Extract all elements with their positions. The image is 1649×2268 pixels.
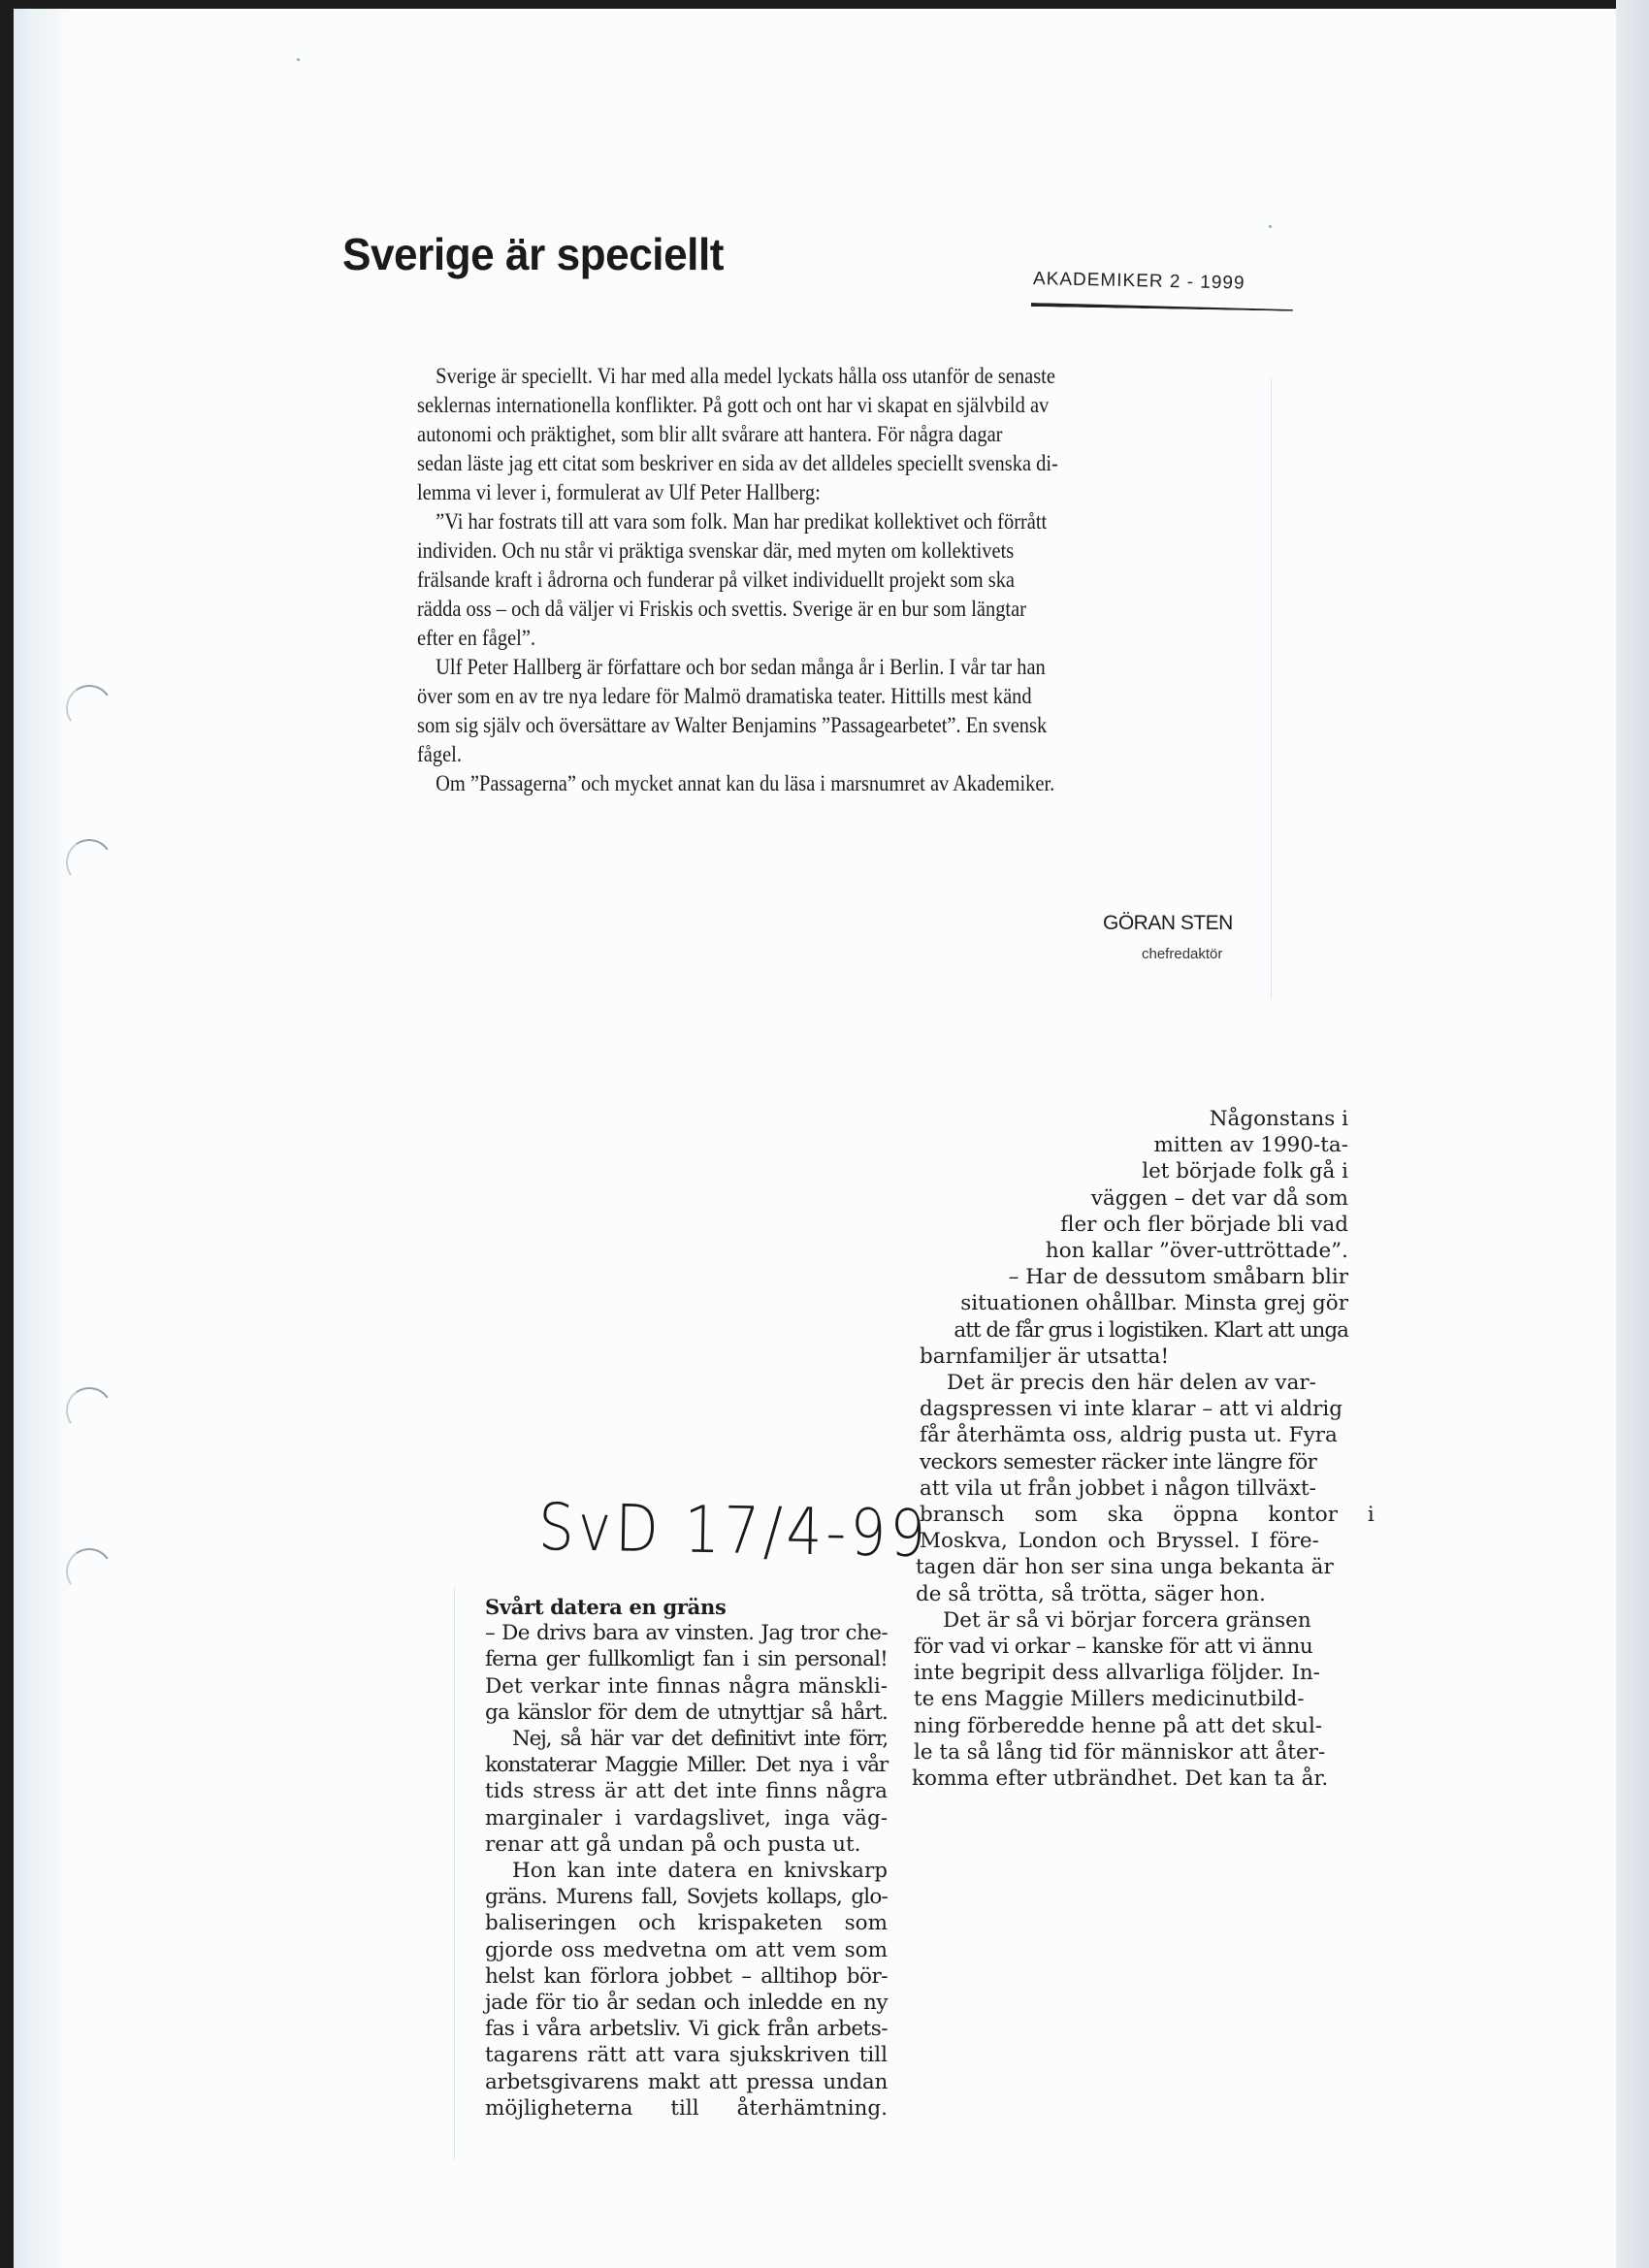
body-line: seklernas internationella konflikter. På… <box>417 391 1252 420</box>
column-line: Det är så vi börjar forcera gränsen <box>902 1607 1348 1634</box>
article-title: Sverige är speciellt <box>342 228 724 280</box>
body-line: autonomi och präktighet, som blir allt s… <box>417 420 1252 449</box>
column-line: gräns. Murens fall, Sovjets kollaps, glo… <box>485 1884 888 1910</box>
column-line: fler och fler började bli vad <box>902 1212 1348 1238</box>
column-line: ferna ger fullkomligt fan i sin personal… <box>485 1646 888 1672</box>
body-line: över som en av tre nya ledare för Malmö … <box>417 682 1252 711</box>
column-line: ga känslor för dem de utnyttjar så hårt. <box>485 1700 888 1726</box>
column-line: Det verkar inte finnas några mänskli- <box>485 1673 888 1700</box>
body-line: fågel. <box>417 740 1252 769</box>
author-name: GÖRAN STEN <box>1103 912 1233 935</box>
column-line: tagen där hon ser sina unga bekanta är <box>902 1554 1348 1580</box>
column-line: helst kan förlora jobbet – alltihop bör- <box>485 1963 888 1990</box>
column-line: renar att gå undan på och pusta ut. <box>485 1831 888 1858</box>
clipping-svd-left-column: Svårt datera en gräns – De drivs bara av… <box>485 1594 888 2122</box>
clipping-svd-right-column: Någonstans i mitten av 1990-ta- let börj… <box>902 1106 1348 1792</box>
page-shadow <box>14 9 72 2268</box>
column-line: för vad vi orkar – kanske för att vi änn… <box>902 1634 1348 1660</box>
body-line: Ulf Peter Hallberg är författare och bor… <box>417 653 1252 682</box>
publication-source: AKADEMIKER 2 - 1999 <box>1033 269 1245 295</box>
clipping-akademiker: Sverige är speciellt AKADEMIKER 2 - 1999… <box>339 228 1271 1004</box>
scan-speck <box>297 58 300 61</box>
body-line: frälsande kraft i ådrorna och funderar p… <box>417 566 1252 595</box>
section-heading: Svårt datera en gräns <box>485 1594 888 1620</box>
body-line: efter en fågel”. <box>417 624 1252 653</box>
column-line: komma efter utbrändhet. Det kan ta år. <box>902 1766 1348 1792</box>
column-line: Moskva, London och Bryssel. I före- <box>902 1528 1348 1554</box>
column-line: le ta så lång tid för människor att åter… <box>902 1739 1348 1766</box>
column-line: te ens Maggie Millers medicinutbild- <box>902 1686 1348 1712</box>
handwritten-note: SvD 17/4-99 <box>537 1489 930 1571</box>
column-line: veckors semester räcker inte längre för <box>902 1449 1348 1475</box>
column-line: ning förberedde henne på att det skul- <box>902 1713 1348 1739</box>
article-body: Sverige är speciellt. Vi har med alla me… <box>417 362 1252 798</box>
body-line: lemma vi lever i, formulerat av Ulf Pete… <box>417 478 1252 507</box>
column-line: att de får grus i logistiken. Klart att … <box>902 1317 1348 1344</box>
column-line: konstaterar Maggie Miller. Det nya i vår <box>485 1752 888 1778</box>
column-line: situationen ohållbar. Minsta grej gör <box>902 1290 1348 1316</box>
body-line: sedan läste jag ett citat som beskriver … <box>417 449 1252 478</box>
column-line: får återhämta oss, aldrig pusta ut. Fyra <box>902 1422 1348 1448</box>
author-role: chefredaktör <box>1142 946 1222 962</box>
column-line: dagspressen vi inte klarar – att vi aldr… <box>902 1396 1348 1422</box>
column-line: Hon kan inte datera en knivskarp <box>485 1858 888 1884</box>
column-line: tids stress är att det inte finns några <box>485 1778 888 1804</box>
column-line: jade för tio år sedan och inledde en ny <box>485 1990 888 2016</box>
body-line: som sig själv och översättare av Walter … <box>417 711 1252 740</box>
column-line: – Har de dessutom småbarn blir <box>902 1264 1348 1290</box>
column-line: hon kallar ”över-uttröttade”. <box>902 1238 1348 1264</box>
column-line: väggen – det var då som <box>902 1185 1348 1212</box>
clipping-edge <box>454 1587 455 2159</box>
scanner-edge <box>1616 0 1649 2268</box>
column-line: mitten av 1990-ta- <box>902 1132 1348 1158</box>
column-line: gjorde oss medvetna om att vem som <box>485 1937 888 1963</box>
column-line: möjligheterna till återhämtning. <box>485 2095 888 2122</box>
column-line: tagarens rätt att vara sjukskriven till <box>485 2042 888 2068</box>
column-line: att vila ut från jobbet i någon tillväxt… <box>902 1475 1348 1502</box>
source-underline <box>1031 303 1293 311</box>
body-line: Om ”Passagerna” och mycket annat kan du … <box>417 769 1252 798</box>
column-line: Nej, så här var det definitivt inte förr… <box>485 1726 888 1752</box>
column-line: Någonstans i <box>902 1106 1348 1132</box>
column-line: bransch som ska öppna kontor i <box>902 1502 1348 1528</box>
column-line: de så trötta, så trötta, säger hon. <box>902 1581 1348 1607</box>
body-line: ”Vi har fostrats till att vara som folk.… <box>417 507 1252 536</box>
body-line: individen. Och nu står vi präktiga svens… <box>417 536 1252 566</box>
column-line: barnfamiljer är utsatta! <box>902 1344 1348 1370</box>
column-line: – De drivs bara av vinsten. Jag tror che… <box>485 1620 888 1646</box>
column-line: Det är precis den här delen av var- <box>902 1370 1348 1396</box>
column-line: fas i våra arbetsliv. Vi gick från arbet… <box>485 2016 888 2042</box>
column-line: arbetsgivarens makt att pressa undan <box>485 2069 888 2095</box>
body-line: Sverige är speciellt. Vi har med alla me… <box>417 362 1252 391</box>
clipping-edge <box>1271 378 1272 999</box>
column-line: marginaler i vardagslivet, inga väg- <box>485 1805 888 1831</box>
column-line: inte begripit dess allvarliga följder. I… <box>902 1660 1348 1686</box>
body-line: rädda oss – och då väljer vi Friskis och… <box>417 595 1252 624</box>
column-line: baliseringen och krispaketen som <box>485 1910 888 1936</box>
column-line: let började folk gå i <box>902 1158 1348 1184</box>
